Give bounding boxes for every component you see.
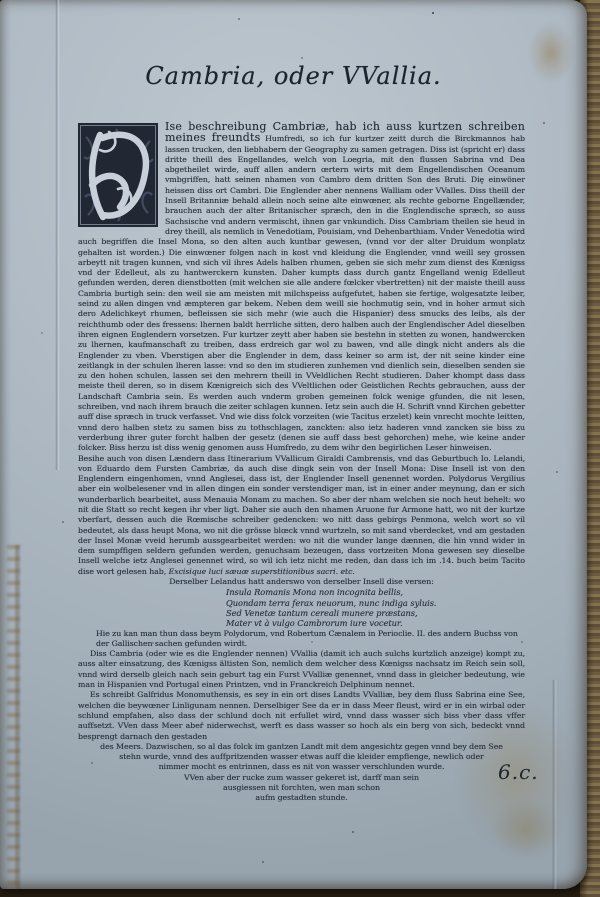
taper-line: aufm gestadten stunde. (78, 793, 525, 803)
verse-line: Mater vt à vulgo Cambrorum iure vocetur. (226, 618, 525, 628)
drop-cap-initial-icon (78, 123, 158, 227)
paragraph-galfridus: Es schreibt Galfridus Monomuthensis, es … (78, 690, 525, 741)
paragraph-mona: Besihe auch von disen Lændern dass Itine… (78, 454, 525, 578)
taper-line: stehn wurde, vnnd des auffpritzenden was… (78, 752, 525, 762)
signature-mark: 6.c. (498, 760, 539, 784)
book-page: Cambria, oder VVallia. (0, 0, 587, 889)
lelandus-line: Derselber Lelandus hatt anderswo von der… (78, 577, 525, 587)
verse-line: Sed Venetæ tantum cereali munere præstan… (226, 608, 525, 618)
latin-verses: Insula Romanis Mona non incognita bellis… (226, 587, 525, 628)
text-column: Ise beschreibung Cambriæ, hab ich auss k… (78, 122, 525, 804)
opening-paragraph: Ise beschreibung Cambriæ, hab ich auss k… (78, 122, 525, 454)
verse-line: Insula Romanis Mona non incognita bellis… (226, 587, 525, 597)
page-title: Cambria, oder VVallia. (0, 62, 587, 90)
taper-line: des Meers. Dazwischen, so al das folck i… (78, 742, 525, 752)
paragraph-polydorum: Hie zu kan man thun dass beym Polydorum,… (78, 629, 525, 650)
taper-line: nimmer mocht es entrinnen, dass es nit v… (78, 762, 525, 772)
page-content: Cambria, oder VVallia. (0, 0, 587, 889)
paragraph2-text: Besihe auch von disen Lændern dass Itine… (78, 454, 525, 576)
verse-line: Quondam terra ferax neuorum, nunc indiga… (226, 598, 525, 608)
taper-lines: des Meers. Dazwischen, so al das folck i… (78, 742, 525, 804)
taper-line: VVen aber der rucke zum wasser gekeret i… (78, 773, 525, 783)
taper-line: ausgiessen nit forchten, wen man schon (78, 783, 525, 793)
photo-scene: Cambria, oder VVallia. (0, 0, 600, 897)
paragraph-cambria-prince: Diss Cambria (oder wie es die Englender … (78, 649, 525, 690)
latin-quote: Excisique luci sæuæ superstitionibus sac… (169, 567, 355, 576)
